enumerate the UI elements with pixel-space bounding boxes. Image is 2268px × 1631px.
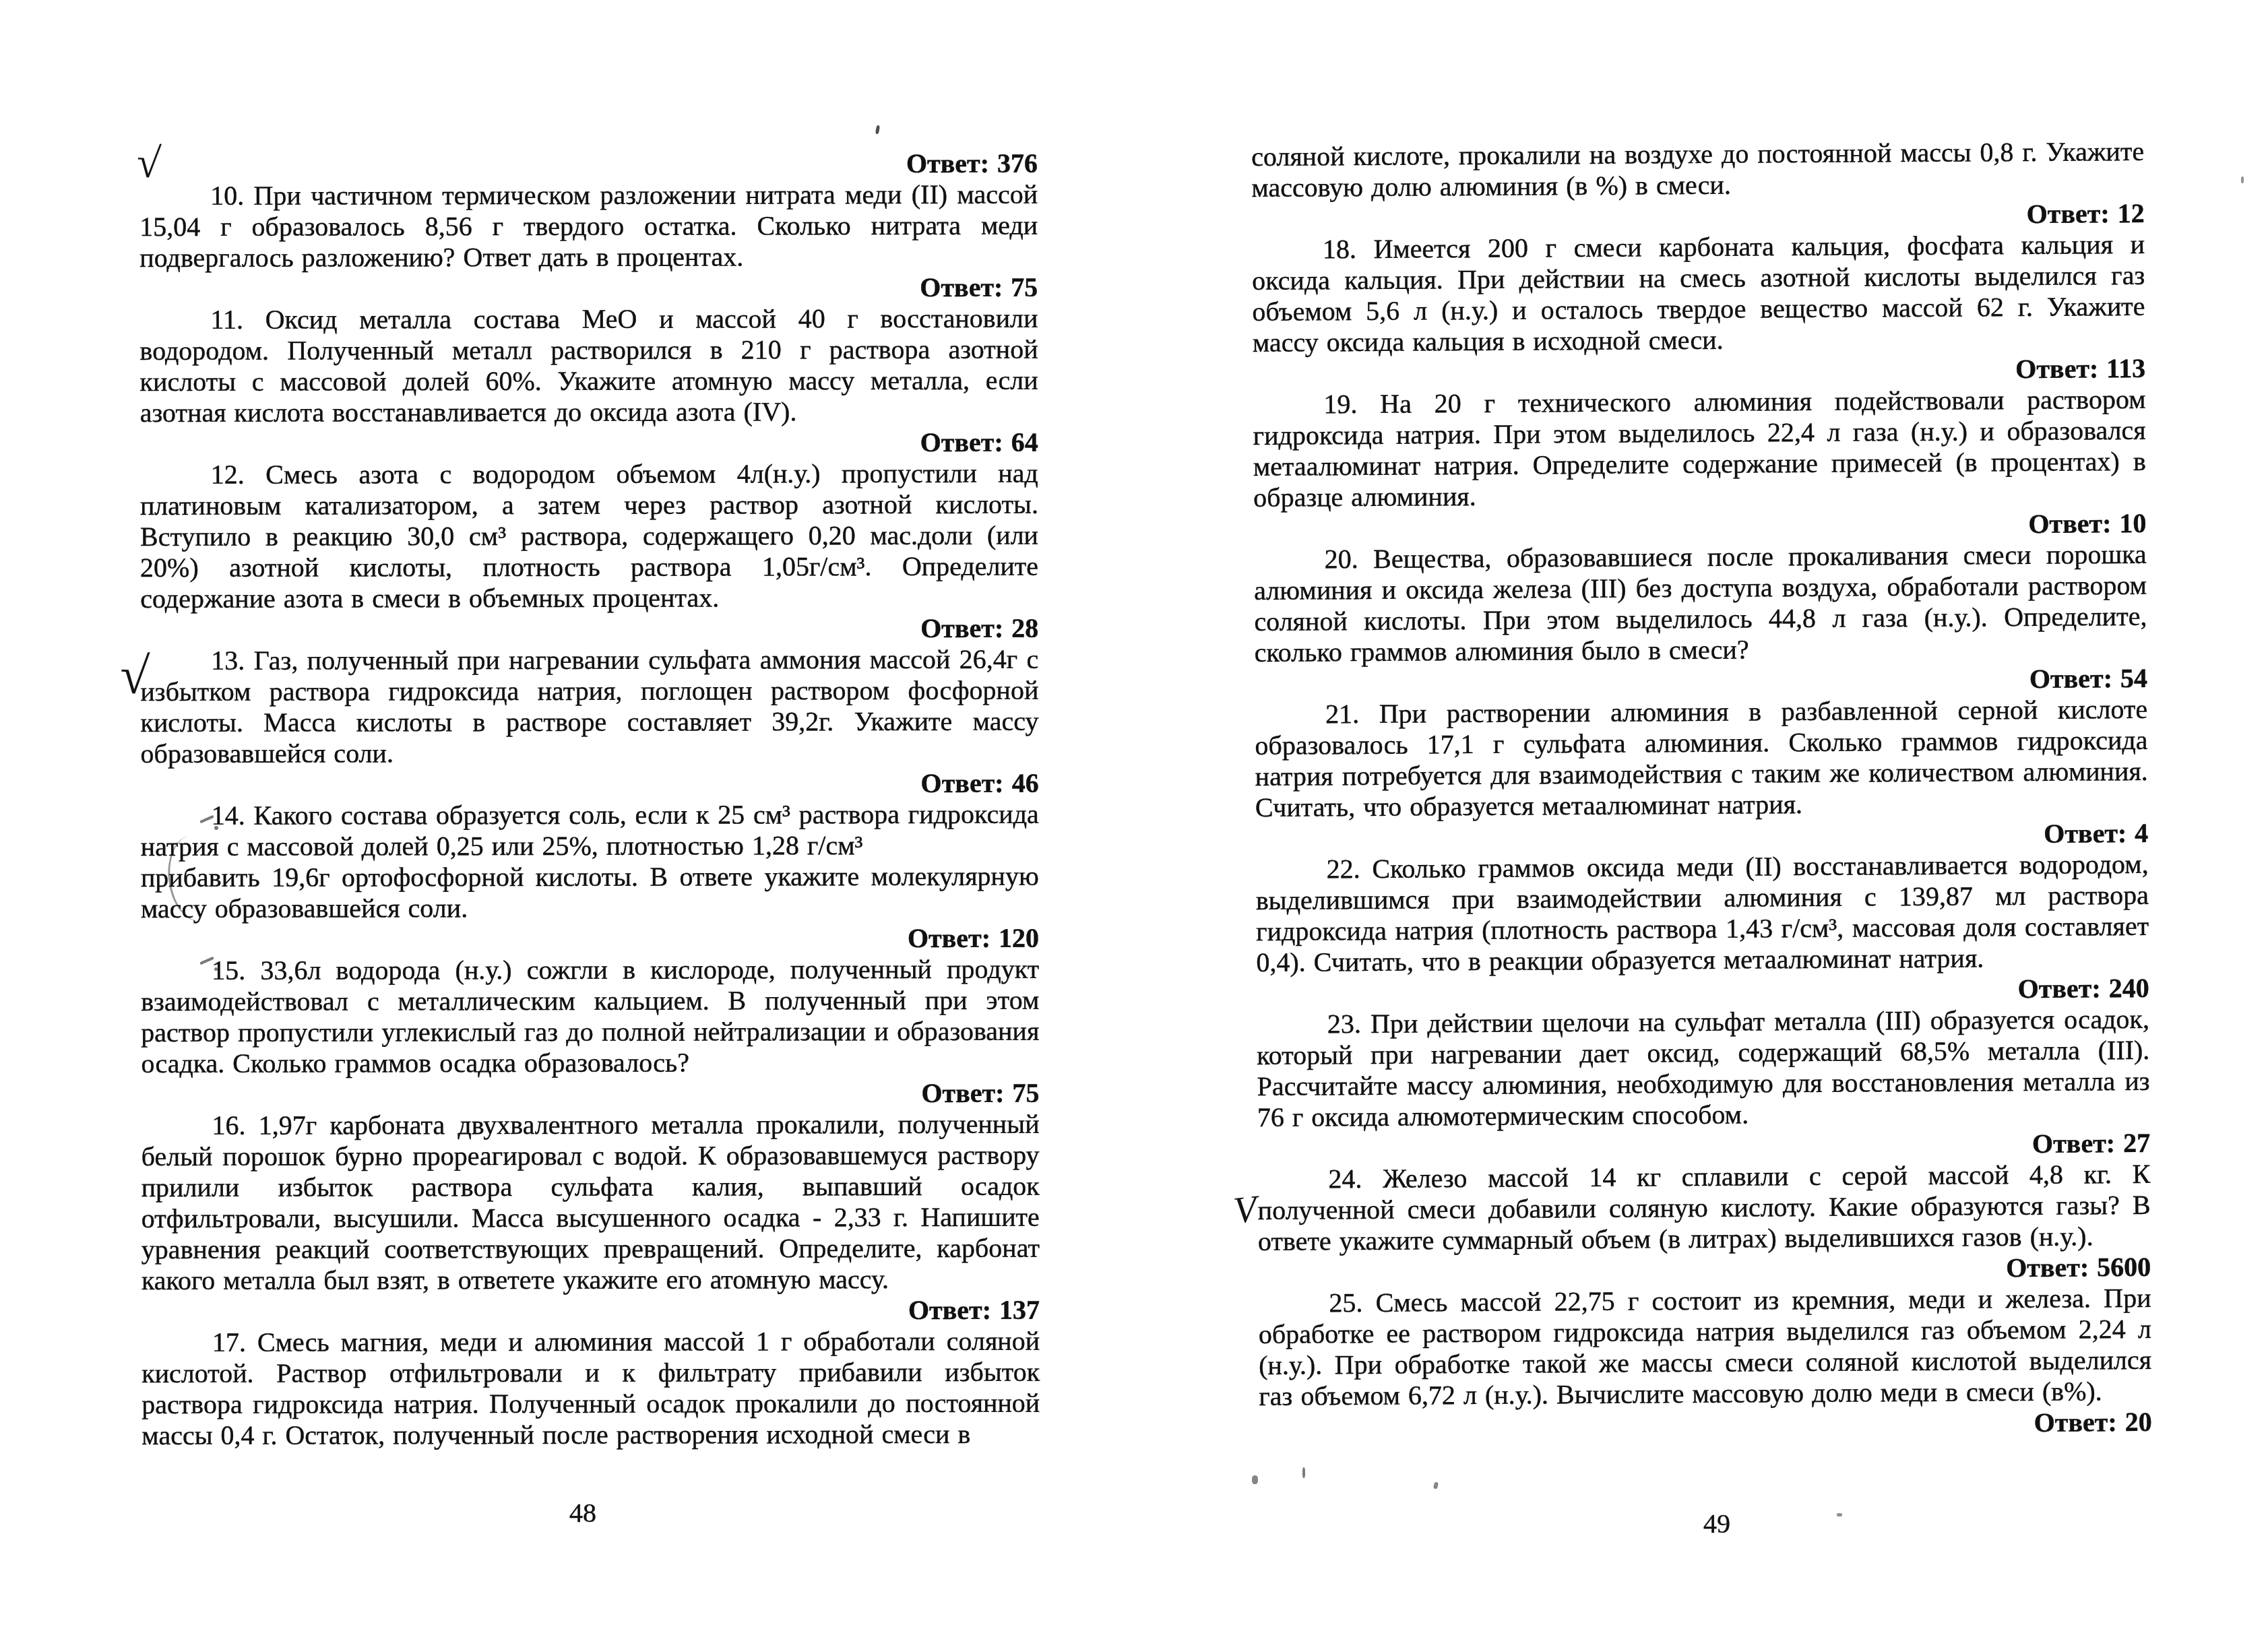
answer-13: Ответ: 46 bbox=[141, 768, 1039, 800]
problem-12: 12. Смесь азота с водородом объемом 4л(н… bbox=[140, 458, 1038, 614]
problem-21: 21. При растворении алюминия в разбавлен… bbox=[1255, 694, 2148, 823]
answer-19: Ответ: 10 bbox=[1253, 508, 2146, 544]
problem-17: 17. Смесь магния, меди и алюминия массой… bbox=[141, 1326, 1040, 1451]
scan-speck bbox=[875, 125, 880, 135]
scan-speck bbox=[1433, 1481, 1439, 1489]
problem-18: 18. Имеется 200 г смеси карбоната кальци… bbox=[1252, 229, 2145, 358]
answer-24: Ответ: 5600 bbox=[1258, 1252, 2151, 1288]
answer-14: Ответ: 120 bbox=[141, 923, 1039, 955]
answer-17: Ответ: 12 bbox=[1252, 198, 2145, 234]
answer-25: Ответ: 20 bbox=[1259, 1407, 2152, 1443]
scanned-book-spread: Ответ: 376 10. При частичном термическом… bbox=[0, 0, 2268, 1631]
handwritten-checkmark-icon: V bbox=[1232, 1187, 1259, 1232]
handwritten-checkmark-icon: √ bbox=[119, 645, 150, 707]
problem-25: 25. Смесь массой 22,75 г состоит из крем… bbox=[1258, 1283, 2151, 1412]
problem-22: 22. Сколько граммов оксида меди (II) вос… bbox=[1255, 849, 2149, 978]
right-page-text-column: соляной кислоте, прокалили на воздухе до… bbox=[1251, 136, 2152, 1443]
problem-16: 16. 1,97г карбоната двухвалентного метал… bbox=[141, 1109, 1039, 1296]
problem-23: 23. При действии щелочи на сульфат метал… bbox=[1257, 1004, 2150, 1133]
left-page-text-column: Ответ: 376 10. При частичном термическом… bbox=[139, 148, 1040, 1451]
pencil-squiggle-mark bbox=[214, 826, 218, 830]
problem-20: 20. Вещества, образовавшиеся после прока… bbox=[1254, 539, 2147, 668]
scan-speck bbox=[1252, 1475, 1258, 1484]
scan-speck bbox=[2241, 177, 2244, 183]
answer-18: Ответ: 113 bbox=[1253, 353, 2145, 389]
answer-22: Ответ: 240 bbox=[1257, 973, 2149, 1009]
handwritten-checkmark-icon: √ bbox=[135, 137, 162, 189]
pencil-squiggle-mark bbox=[214, 967, 218, 971]
problem-19: 19. На 20 г технического алюминия подейс… bbox=[1253, 384, 2146, 513]
answer-11: Ответ: 64 bbox=[140, 427, 1038, 459]
page-number-49: 49 bbox=[1703, 1508, 1730, 1539]
answer-10: Ответ: 75 bbox=[139, 272, 1038, 305]
problem-17-continuation: соляной кислоте, прокалили на воздухе до… bbox=[1251, 136, 2145, 203]
answer-9: Ответ: 376 bbox=[139, 148, 1038, 181]
answer-15: Ответ: 75 bbox=[141, 1078, 1039, 1110]
problem-15: 15. 33,6л водорода (н.у.) сожгли в кисло… bbox=[141, 954, 1039, 1079]
problem-13: 13. Газ, полученный при нагревании сульф… bbox=[140, 644, 1038, 769]
scan-speck bbox=[1302, 1467, 1305, 1478]
problem-10: 10. При частичном термическом разложении… bbox=[139, 179, 1038, 274]
problem-24: 24. Железо массой 14 кг сплавили с серой… bbox=[1257, 1159, 2151, 1257]
answer-16: Ответ: 137 bbox=[141, 1295, 1040, 1327]
problem-14-continuation: прибавить 19,6г ортофосфорной кислоты. В… bbox=[141, 861, 1039, 924]
scan-speck bbox=[1837, 1513, 1842, 1516]
problem-11: 11. Оксид металла состава МеО и массой 4… bbox=[139, 303, 1038, 428]
answer-21: Ответ: 4 bbox=[1255, 818, 2148, 854]
answer-20: Ответ: 54 bbox=[1255, 663, 2147, 699]
answer-12: Ответ: 28 bbox=[140, 613, 1038, 645]
answer-23: Ответ: 27 bbox=[1257, 1128, 2150, 1164]
problem-14: 14. Какого состава образуется соль, если… bbox=[141, 799, 1039, 862]
page-number-48: 48 bbox=[569, 1497, 596, 1529]
